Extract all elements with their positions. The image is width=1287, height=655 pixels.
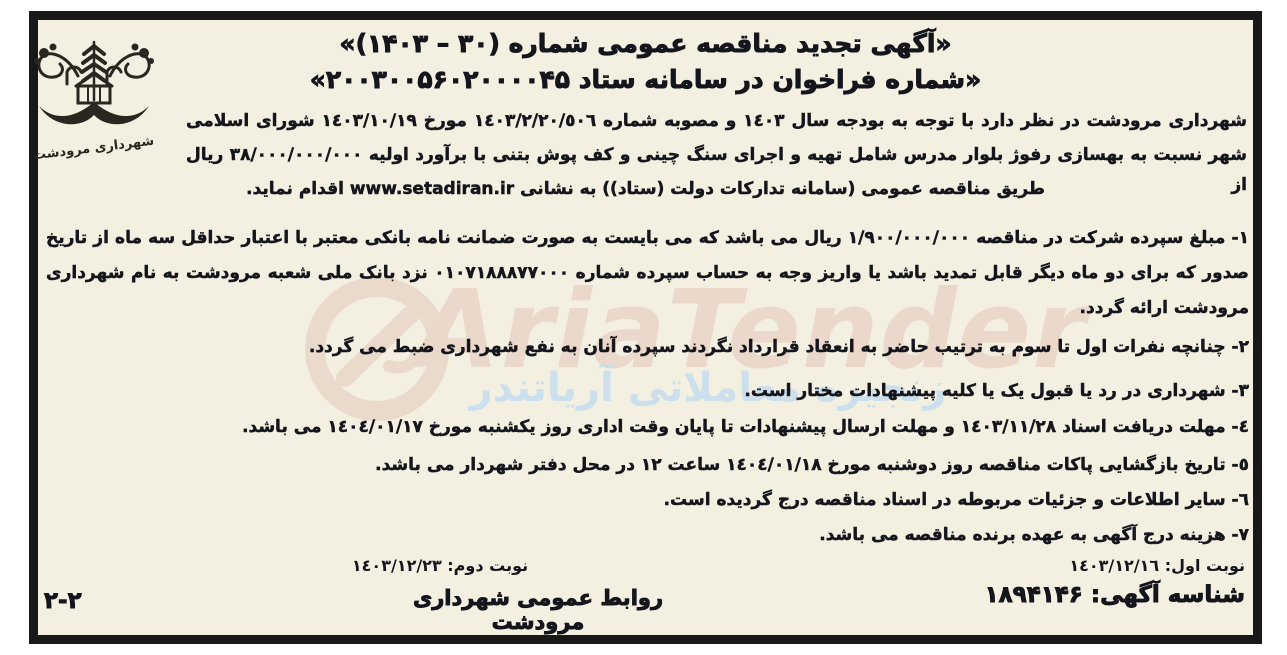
condition-1-line-3: مرودشت ارائه گردد. <box>46 293 1249 323</box>
condition-7: ٧- هزینه درج آگهی به عهده برنده مناقصه م… <box>46 520 1249 550</box>
condition-3: ٣- شهرداری در رد یا قبول یک یا کلیه پیشن… <box>46 376 1249 406</box>
intro-line-1: شهرداری مرودشت در نظر دارد با توجه به بو… <box>186 106 1247 136</box>
first-publication-date: نوبت اول: ١٤٠٣/١٢/١٦ <box>1069 556 1245 575</box>
ad-id: شناسه آگهی: ۱۸۹۴۱۴۶ <box>985 582 1245 608</box>
ad-title: «آگهی تجدید مناقصه عمومی شماره (۳۰ – ۱۴۰… <box>38 28 1253 60</box>
condition-2: ٢- چنانچه نفرات اول تا سوم به ترتیب حاضر… <box>46 332 1249 362</box>
public-relations-signature: روابط عمومی شهرداری مرودشت <box>378 586 698 634</box>
condition-4: ٤- مهلت دریافت اسناد ١٤٠٣/١١/٢٨ و مهلت ا… <box>46 412 1249 442</box>
second-publication-date: نوبت دوم: ١٤٠٣/١٢/٢٣ <box>330 556 550 575</box>
condition-1-line-1: ١- مبلغ سپرده شرکت در مناقصه ١/٩٠٠/٠٠٠/٠… <box>46 223 1249 253</box>
municipality-logo-caption: شهرداری مرودشت <box>32 134 155 164</box>
newspaper-tender-ad: { "page": { "paper_color": "#f3f0e1", "i… <box>0 0 1287 655</box>
ad-part-number: ۲-۲ <box>44 588 82 614</box>
intro-line-3: طریق مناقصه عمومی (سامانه تدارکات دولت (… <box>188 174 1103 204</box>
ad-frame: AriaTender زنجیره معاملاتی آریاتندر <box>29 11 1262 644</box>
condition-5: ٥- تاریخ بازگشایی پاکات مناقصه روز دوشنب… <box>46 450 1249 480</box>
ad-subtitle-setad-number: «شماره فراخوان در سامانه ستاد ۲۰۰۳۰۰۵۶۰۲… <box>38 64 1253 96</box>
condition-1-line-2: صدور که برای دو ماه دیگر قابل تمدید باشد… <box>46 258 1249 288</box>
condition-6: ٦- سایر اطلاعات و جزئیات مربوطه در اسناد… <box>46 485 1249 515</box>
